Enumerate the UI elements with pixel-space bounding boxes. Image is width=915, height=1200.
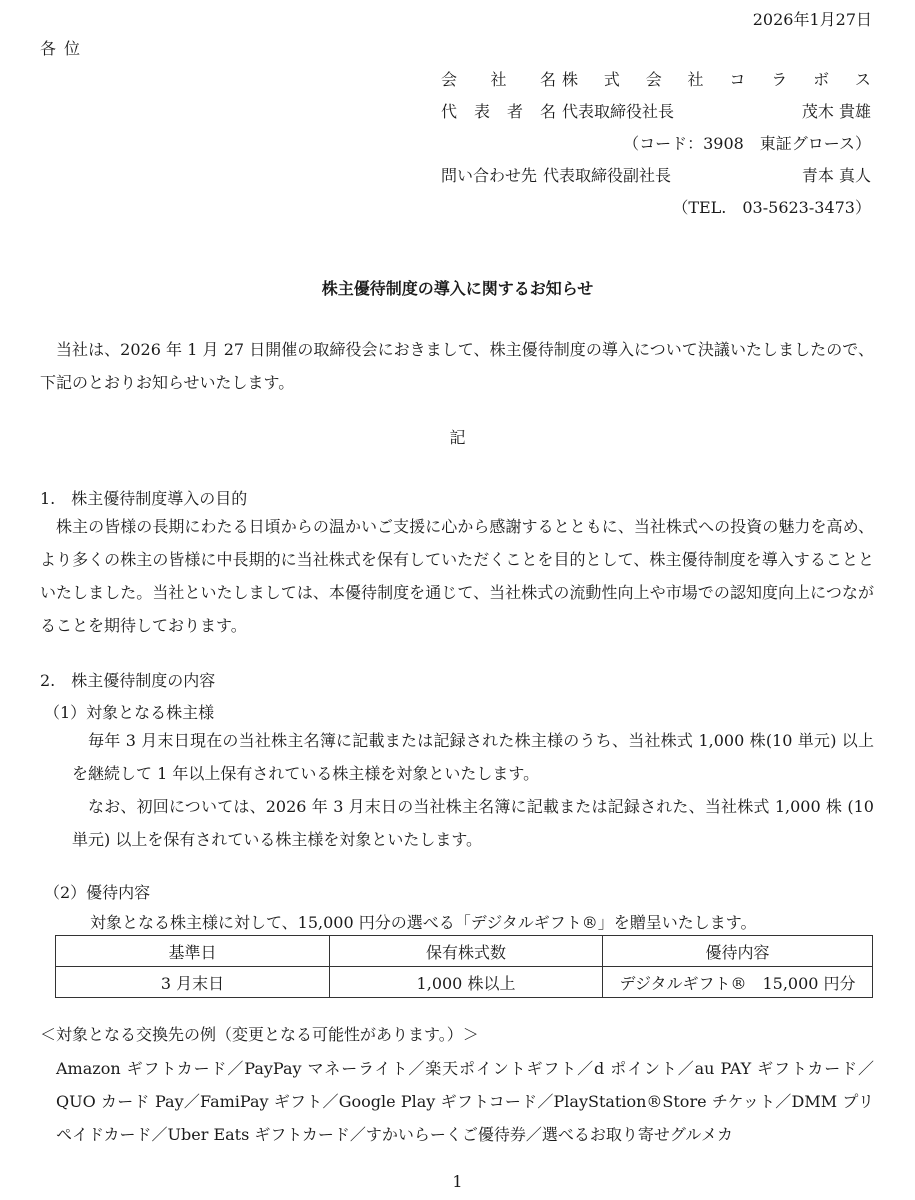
table-row: 3 月末日 1,000 株以上 デジタルギフト® 15,000 円分 <box>56 967 873 998</box>
subsection-2-heading: （2）優待内容 <box>44 880 150 903</box>
section-1-body: 株主の皆様の長期にわたる日頃からの温かいご支援に心から感謝するとともに、当社株式… <box>40 510 874 642</box>
company-row: 会 社 名 株 式 会 社 コ ラ ボ ス <box>441 64 871 96</box>
contact-name: 青本 真人 <box>802 160 871 192</box>
intro-paragraph: 当社は、2026 年 1 月 27 日開催の取締役会におきまして、株主優待制度の… <box>40 333 874 399</box>
stock-code-row: （コード：3908 東証グロース） <box>441 128 871 160</box>
table-cell: 3 月末日 <box>56 967 330 998</box>
table-header: 優待内容 <box>603 936 873 967</box>
telephone: （TEL. 03-5623-3473） <box>672 192 871 224</box>
document-date: 2026年1月27日 <box>753 7 872 30</box>
page-number: 1 <box>0 1172 915 1191</box>
table-header: 基準日 <box>56 936 330 967</box>
ki-marker: 記 <box>0 425 915 448</box>
contact-row: 問い合わせ先 代表取締役副社長 青本 真人 <box>441 160 871 192</box>
representative-name: 茂木 貴雄 <box>802 96 871 128</box>
examples-heading: ＜対象となる交換先の例（変更となる可能性があります。）＞ <box>40 1022 479 1045</box>
examples-body: Amazon ギフトカード／PayPay マネーライト／楽天ポイントギフト／d … <box>56 1052 874 1151</box>
subsection-1-heading: （1）対象となる株主様 <box>44 700 214 723</box>
subsection-1-para-1: 毎年 3 月末日現在の当社株主名簿に記載または記録された株主様のうち、当社株式 … <box>72 724 874 790</box>
table-cell: デジタルギフト® 15,000 円分 <box>603 967 873 998</box>
representative-title: 代表取締役社長 <box>562 96 674 128</box>
subsection-1-para-2: なお、初回については、2026 年 3 月末日の当社株主名簿に記載または記録され… <box>72 790 874 856</box>
telephone-row: （TEL. 03-5623-3473） <box>441 192 871 224</box>
table-header: 保有株式数 <box>330 936 603 967</box>
addressee: 各位 <box>40 36 88 59</box>
table-cell: 1,000 株以上 <box>330 967 603 998</box>
issuer-block: 会 社 名 株 式 会 社 コ ラ ボ ス 代 表 者 名 代表取締役社長 茂木… <box>441 64 871 224</box>
table-header-row: 基準日 保有株式数 優待内容 <box>56 936 873 967</box>
contact-title: 代表取締役副社長 <box>543 160 671 192</box>
contact-label: 問い合わせ先 <box>441 160 537 192</box>
stock-code: （コード：3908 東証グロース） <box>623 128 871 160</box>
representative-row: 代 表 者 名 代表取締役社長 茂木 貴雄 <box>441 96 871 128</box>
benefit-table: 基準日 保有株式数 優待内容 3 月末日 1,000 株以上 デジタルギフト® … <box>55 935 873 998</box>
company-label: 会 社 名 <box>441 64 556 96</box>
document-title: 株主優待制度の導入に関するお知らせ <box>0 276 915 299</box>
section-1-heading: 1. 株主優待制度導入の目的 <box>40 486 247 509</box>
section-2-heading: 2. 株主優待制度の内容 <box>40 668 215 691</box>
company-name: 株 式 会 社 コ ラ ボ ス <box>556 64 871 96</box>
representative-label: 代 表 者 名 <box>441 96 556 128</box>
subsection-2-body: 対象となる株主様に対して、15,000 円分の選べる「デジタルギフト®」を贈呈い… <box>90 910 757 933</box>
